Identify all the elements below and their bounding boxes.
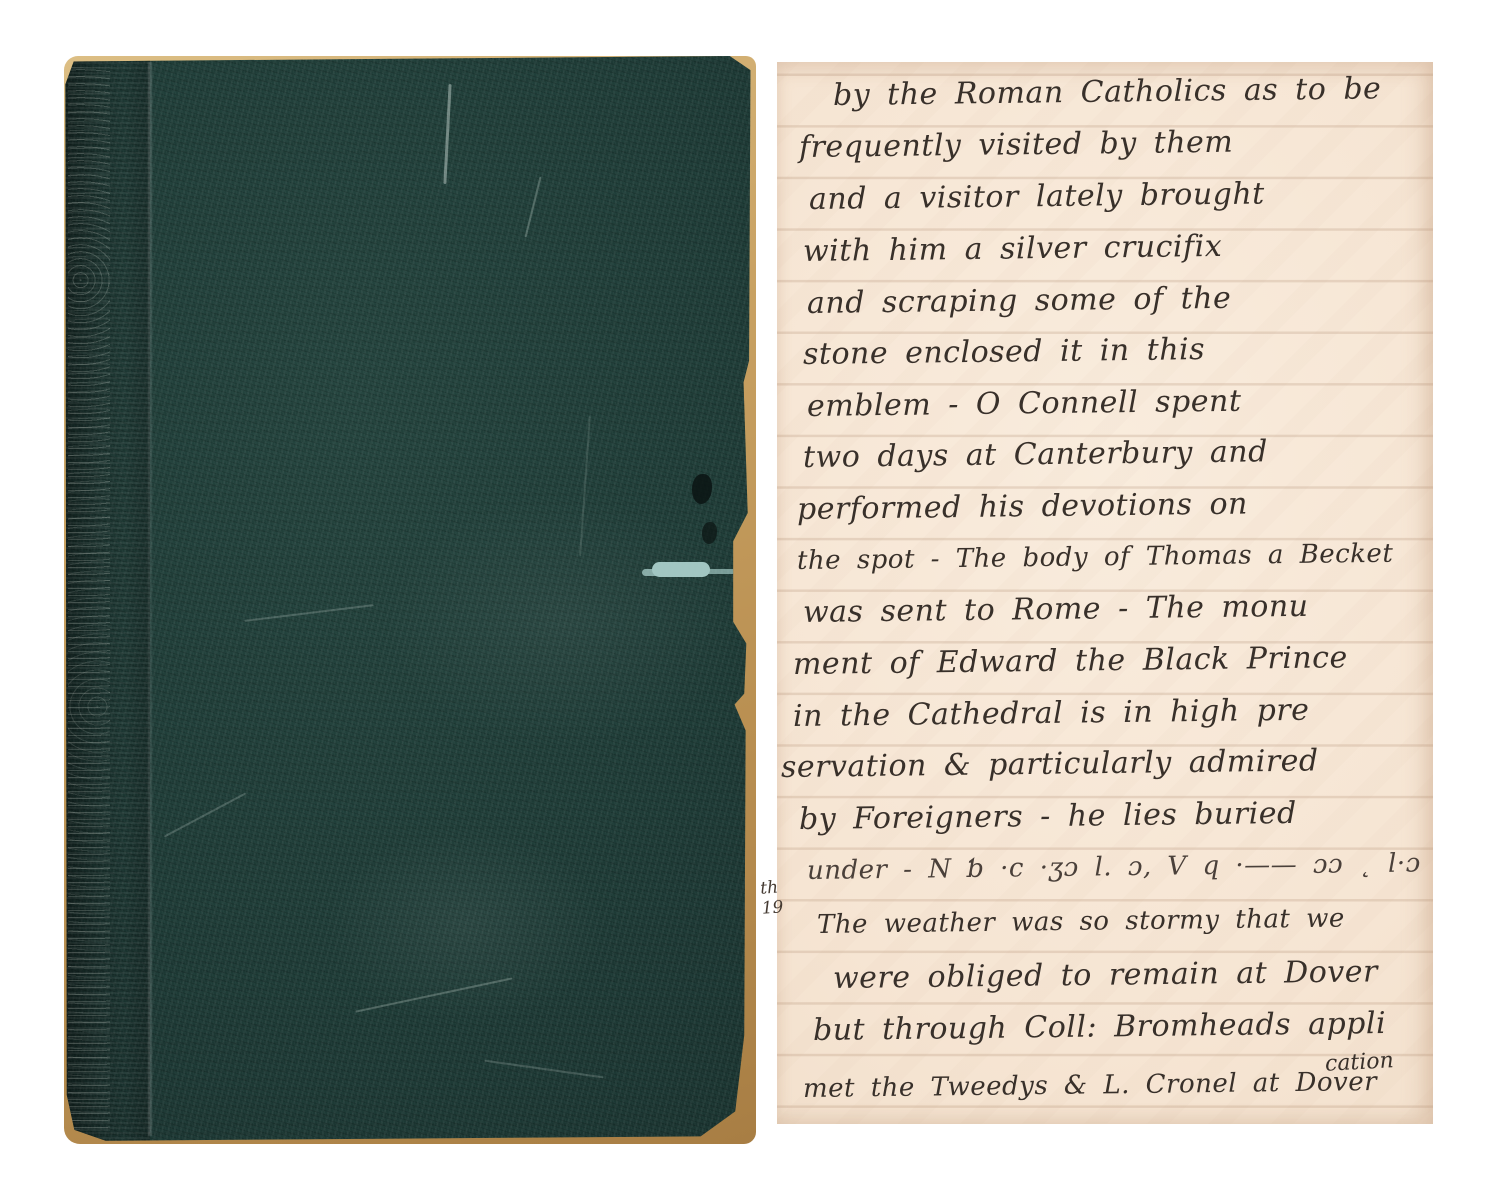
scratch-mark (356, 977, 513, 1012)
manuscript-line: the spot - The body of Thomas a Becket (797, 539, 1394, 576)
manuscript-line: performed his devotions on (797, 486, 1248, 527)
book-leather-cover (64, 56, 756, 1144)
manuscript-line: met the Tweedys & L. Cronel at Dover (803, 1067, 1377, 1104)
manuscript-line: with him a silver crucifix (803, 229, 1223, 269)
manuscript-line: two days at Canterbury and (803, 434, 1268, 475)
manuscript-line: was sent to Rome - The monu (803, 589, 1309, 630)
scratch-mark (484, 1060, 603, 1079)
manuscript-line: emblem - O Connell spent (807, 384, 1242, 424)
photo-composite: by the Roman Catholics as to be frequent… (0, 0, 1500, 1200)
manuscript-line: and scraping some of the (807, 281, 1232, 321)
scratch-mark (443, 84, 451, 184)
scratch-mark (164, 793, 246, 838)
manuscript-line: by Foreigners - he lies buried (799, 796, 1297, 837)
spine-wear-texture (68, 67, 110, 1133)
scratch-mark (244, 604, 373, 622)
superscript-note: cation (1324, 1048, 1394, 1077)
manuscript-line: servation & particularly admired (781, 743, 1319, 785)
manuscript-line-shorthand: under - N ƅ ·c ·ʒɔ l. ɔ, V q ·—— ɔɔ ˛ l·… (807, 849, 1421, 886)
book-cover-photo (64, 56, 756, 1144)
manuscript-line: but through Coll: Bromheads appli (813, 1006, 1386, 1048)
scratch-mark (525, 177, 542, 238)
margin-note: th 19 (760, 877, 784, 918)
manuscript-line: in the Cathedral is in high pre (793, 693, 1310, 734)
manuscript-line: by the Roman Catholics as to be (833, 71, 1382, 113)
scuff-mark (652, 562, 710, 577)
manuscript-line: stone enclosed it in this (803, 332, 1205, 372)
manuscript-line: frequently visited by them (799, 125, 1234, 165)
manuscript-page-photo: by the Roman Catholics as to be frequent… (777, 62, 1433, 1124)
ink-spot (702, 522, 717, 544)
manuscript-line: The weather was so stormy that we (817, 904, 1345, 940)
manuscript-line: ment of Edward the Black Prince (793, 640, 1348, 682)
manuscript-line: and a visitor lately brought (809, 176, 1265, 217)
spine-ridge-line (148, 62, 152, 1136)
margin-note-bottom: 19 (761, 897, 784, 918)
manuscript-line: were obliged to remain at Dover (833, 954, 1378, 996)
scratch-mark (579, 416, 591, 556)
ink-spot (692, 474, 712, 504)
margin-note-top: th (760, 877, 783, 898)
